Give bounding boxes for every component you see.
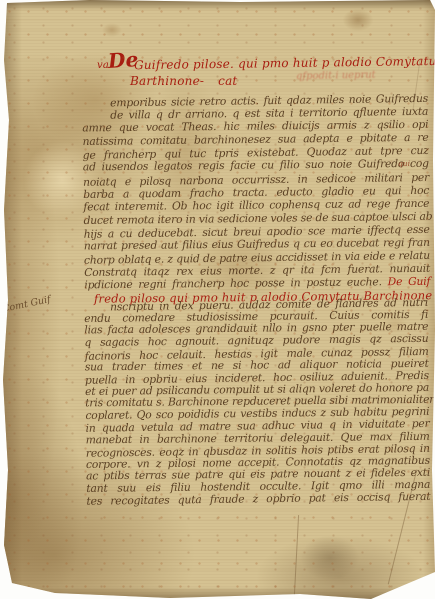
text-line: tes recogitates quta fraude z opbrio pat… [86,491,430,508]
manuscript-photo: va De Guifredo pilose. qui pmo huit p al… [0,0,435,599]
ink-offset-impression: qfpodit i ueprut [296,69,428,82]
paragraph-2: nscriptu in dex pueru. audaz comite de f… [84,297,430,508]
margin-note: Comt Guif [1,294,51,315]
rubric-title-line-2: Barthinone- cat [130,74,237,88]
crease-line [294,515,299,595]
parchment-sheet: va De Guifredo pilose. qui pmo huit p al… [0,0,435,599]
paragraph-1: emporibus sicie retro actis. fuit qdaz m… [82,92,430,293]
interlinear-note: qui [398,159,410,168]
